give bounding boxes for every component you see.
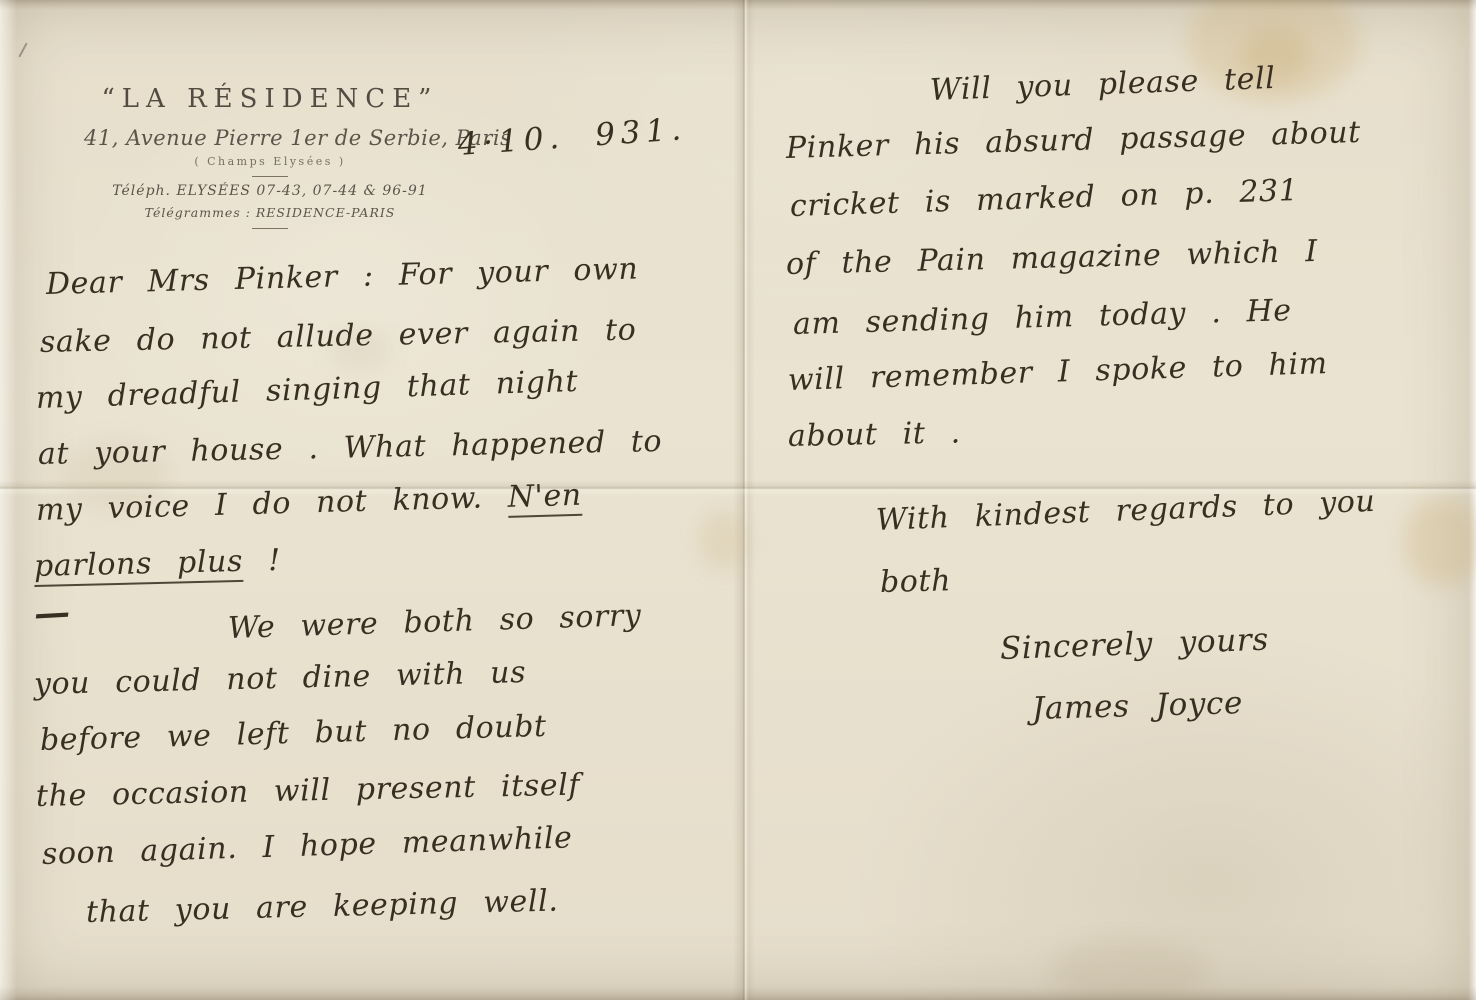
handwriting-line: sake do not allude ever again to — [40, 314, 637, 361]
handwriting-segment: of the Pain magazine which I — [786, 234, 1319, 282]
hotel-district: ( Champs Elysées ) — [84, 155, 456, 168]
handwriting-segment: am sending him today . He — [792, 293, 1292, 342]
handwriting-segment: you could not dine with us — [34, 655, 527, 702]
handwriting-segment: both — [880, 563, 952, 600]
handwriting-segment: James Joyce — [1031, 685, 1243, 727]
handwriting-segment: Pinker his absurd passage about — [785, 115, 1361, 166]
handwriting-segment: that you are keeping well. — [86, 883, 559, 930]
handwriting-segment: — — [33, 591, 72, 635]
hotel-address: 41, Avenue Pierre 1er de Serbie, Paris — [84, 126, 456, 150]
handwriting-line: before we left but no doubt — [40, 710, 548, 759]
handwriting-line: at your house . What happened to — [38, 425, 663, 473]
handwriting-line: We were both so sorry — [227, 599, 641, 646]
handwriting-line: Pinker his absurd passage about — [786, 116, 1362, 167]
closing-line: Sincerely yours — [999, 623, 1269, 668]
hotel-telegrams: Télégrammes : RESIDENCE-PARIS — [84, 205, 456, 220]
handwriting-segment: Sincerely yours — [999, 622, 1269, 667]
handwriting-segment: ! — [243, 543, 282, 579]
handwriting-line: Dear Mrs Pinker : For your own — [46, 252, 639, 302]
handwriting-segment: Dear Mrs Pinker : For your own — [46, 251, 639, 301]
handwriting-segment: will remember I spoke to him — [787, 346, 1328, 398]
handwriting-line: will remember I spoke to him — [787, 347, 1328, 398]
hotel-phone: Téléph. ELYSÉES 07-43, 07-44 & 96-91 — [84, 183, 456, 199]
handwriting-line: soon again. I hope meanwhile — [41, 821, 573, 872]
handwriting-line: about it . — [788, 416, 961, 454]
pencil-mark — [18, 42, 27, 57]
handwriting-line: that you are keeping well. — [86, 884, 559, 930]
handwriting-segment: the occasion will present itself — [36, 768, 581, 814]
handwriting-line: am sending him today . He — [793, 294, 1293, 342]
handwriting-segment: about it . — [788, 415, 961, 454]
handwriting-line: parlons plus ! — [34, 544, 282, 585]
letterhead-rule — [252, 228, 288, 229]
paper-edge-right — [1468, 0, 1476, 1000]
letter-date: 4·10. 931. — [457, 112, 688, 164]
handwriting-segment: Will you please tell — [929, 61, 1276, 108]
handwriting-line: the occasion will present itself — [36, 769, 581, 815]
vertical-fold-crease — [733, 0, 755, 1000]
handwriting-segment: We were both so sorry — [227, 598, 642, 646]
handwriting-segment: N'en — [507, 478, 582, 518]
handwriting-segment: soon again. I hope meanwhile — [41, 820, 573, 872]
hotel-name: “LA RÉSIDENCE” — [84, 84, 456, 114]
letterhead: “LA RÉSIDENCE” 41, Avenue Pierre 1er de … — [84, 84, 456, 235]
handwriting-segment: at your house . What happened to — [38, 424, 663, 472]
letterhead-rule — [252, 176, 288, 177]
handwriting-segment: cricket is marked on p. 231 — [789, 173, 1298, 224]
handwriting-line: cricket is marked on p. 231 — [789, 174, 1298, 224]
paper-stain — [1404, 498, 1476, 586]
handwriting-segment: sake do not allude ever again to — [40, 313, 637, 360]
paper-stain — [1050, 940, 1210, 1000]
handwriting-segment: my dreadful singing that night — [35, 364, 578, 416]
handwriting-line: you could not dine with us — [34, 656, 527, 703]
signature: James Joyce — [1032, 686, 1244, 728]
letter-sheet: “LA RÉSIDENCE” 41, Avenue Pierre 1er de … — [0, 0, 1476, 1000]
paper-stain — [700, 510, 746, 570]
handwriting-line: of the Pain magazine which I — [786, 235, 1319, 282]
handwriting-segment: before we left but no doubt — [39, 709, 547, 758]
paper-edge-left — [0, 0, 17, 1000]
handwriting-segment: parlons plus — [34, 544, 244, 587]
handwriting-line: both — [880, 564, 952, 600]
margin-dash: — — [33, 592, 72, 635]
handwriting-line: Will you please tell — [929, 62, 1276, 109]
handwriting-line: my dreadful singing that night — [35, 365, 578, 417]
